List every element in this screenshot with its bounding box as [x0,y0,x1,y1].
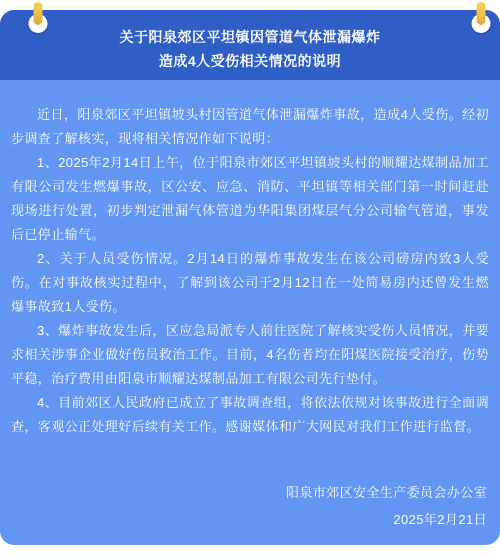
pushpin-icon-left [28,2,48,33]
notice-title-line1: 关于阳泉郊区平坦镇因管道气体泄漏爆炸 [0,25,500,49]
notice-paragraph: 近日，阳泉郊区平坦镇坡头村因管道气体泄漏爆炸事故，造成4人受伤。经初步调查了解核… [11,103,489,151]
notice-paragraph: 4、目前郊区人民政府已成立了事故调查组，将依法依规对该事故进行全面调查，客观公正… [11,391,489,439]
pushpin-icon-right [471,2,491,33]
notice-header: 关于阳泉郊区平坦镇因管道气体泄漏爆炸 造成4人受伤相关情况的说明 [0,10,500,80]
signature-org: 阳泉市郊区安全生产委员会办公室 [11,479,487,506]
notice-paragraph: 1、2025年2月14日上午，位于阳泉市郊区平坦镇坡头村的顺耀达煤制品加工有限公… [11,151,489,247]
pushpin-stick [34,2,43,25]
pushpin-stick [477,2,486,25]
notice-page: 关于阳泉郊区平坦镇因管道气体泄漏爆炸 造成4人受伤相关情况的说明 近日，阳泉郊区… [0,0,500,557]
notice-title-line2: 造成4人受伤相关情况的说明 [0,49,500,73]
notice-paragraph: 2、关于人员受伤情况。2月14日的爆炸事故发生在该公司磅房内致3人受伤。在对事故… [11,247,489,319]
notice-paragraph: 3、爆炸事故发生后，区应急局派专人前往医院了解核实受伤人员情况，并要求相关涉事企… [11,319,489,391]
signature-date: 2025年2月21日 [11,506,487,533]
notice-body: 近日，阳泉郊区平坦镇坡头村因管道气体泄漏爆炸事故，造成4人受伤。经初步调查了解核… [0,80,500,545]
signature-block: 阳泉市郊区安全生产委员会办公室 2025年2月21日 [11,479,489,533]
